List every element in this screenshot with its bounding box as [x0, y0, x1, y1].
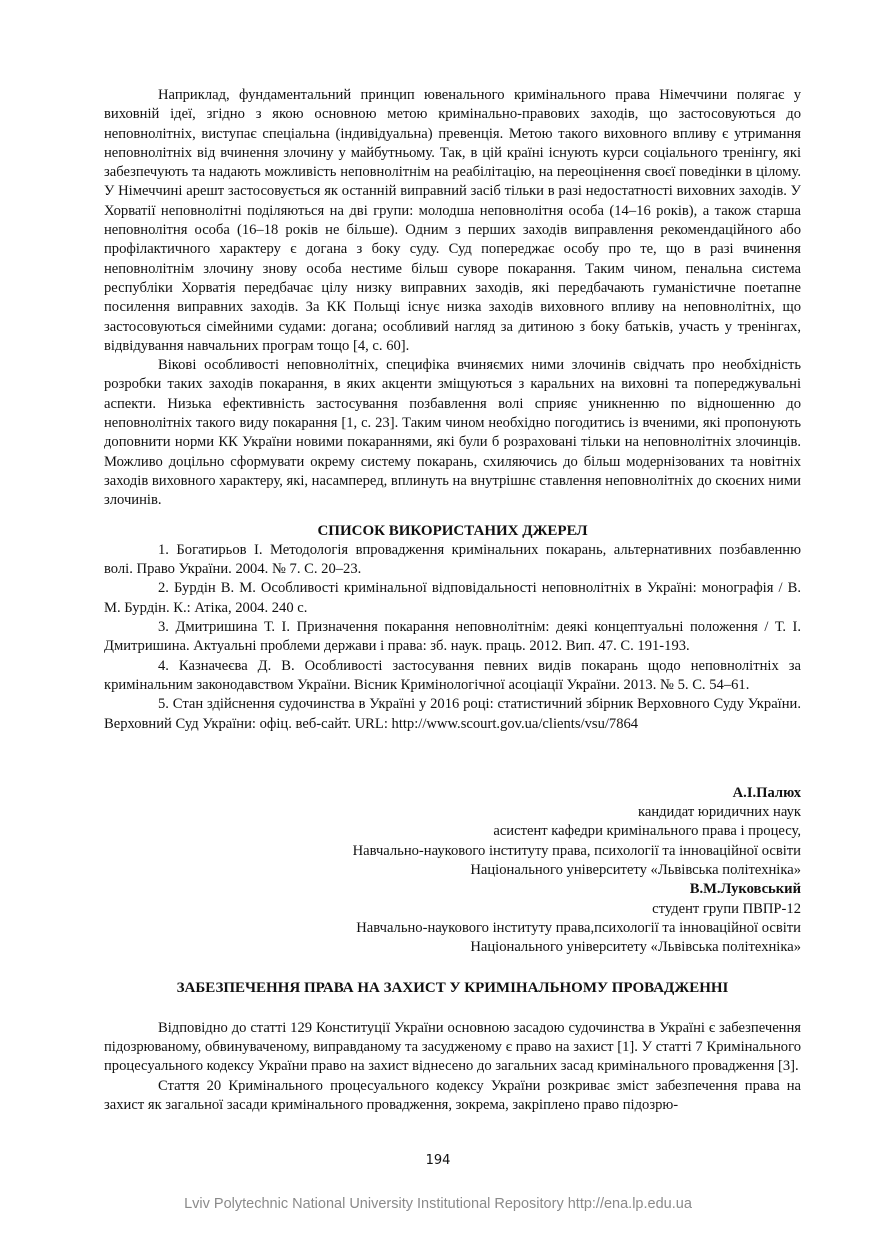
author-affiliation: студент групи ПВПР-12	[104, 900, 801, 919]
page-number: 194	[0, 1153, 876, 1168]
author-affiliation: Навчально-наукового інституту права,псих…	[104, 919, 801, 938]
author-name: В.М.Луковський	[104, 880, 801, 899]
body-paragraph: Стаття 20 Кримінального процесуального к…	[104, 1077, 801, 1116]
reference-item: 1. Богатирьов І. Методологія впровадженн…	[104, 541, 801, 580]
references-heading: СПИСОК ВИКОРИСТАНИХ ДЖЕРЕЛ	[104, 522, 801, 541]
document-page: Наприклад, фундаментальний принцип ювена…	[104, 86, 801, 1115]
repository-footer: Lviv Polytechnic National University Ins…	[0, 1196, 876, 1212]
author-block: А.І.Палюх кандидат юридичних наук асисте…	[104, 784, 801, 958]
author-affiliation: Національного університету «Львівська по…	[104, 861, 801, 880]
author-name: А.І.Палюх	[104, 784, 801, 803]
article-title: ЗАБЕЗПЕЧЕННЯ ПРАВА НА ЗАХИСТ У КРИМІНАЛЬ…	[104, 979, 801, 998]
author-affiliation: Навчально-наукового інституту права, пси…	[104, 842, 801, 861]
reference-item: 2. Бурдін В. М. Особливості кримінальної…	[104, 579, 801, 618]
body-paragraph: Відповідно до статті 129 Конституції Укр…	[104, 1019, 801, 1077]
reference-item: 3. Дмитришина Т. І. Призначення покаранн…	[104, 618, 801, 657]
author-affiliation: кандидат юридичних наук	[104, 803, 801, 822]
references-list: 1. Богатирьов І. Методологія впровадженн…	[104, 541, 801, 734]
reference-item: 4. Казначеєва Д. В. Особливості застосув…	[104, 657, 801, 696]
author-affiliation: асистент кафедри кримінального права і п…	[104, 822, 801, 841]
author-affiliation: Національного університету «Львівська по…	[104, 938, 801, 957]
reference-item: 5. Стан здійснення судочинства в Україні…	[104, 695, 801, 734]
body-paragraph: Наприклад, фундаментальний принцип ювена…	[104, 86, 801, 356]
body-paragraph: Вікові особливості неповнолітніх, специф…	[104, 356, 801, 510]
